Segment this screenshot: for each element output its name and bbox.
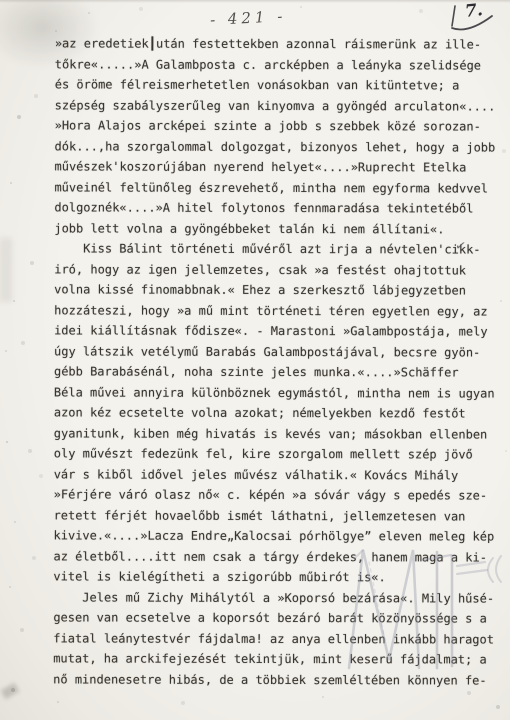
- typewritten-text-block: »az eredetiek┃után festettekben azonnal …: [53, 33, 507, 690]
- text-line: művészek'koszorújában nyerend helyet«...…: [54, 156, 506, 178]
- text-line: fiatal leánytestvér fájdalma! az anya el…: [53, 628, 505, 650]
- scan-smudge: [1, 683, 20, 700]
- text-line: oly művészt fedezünk fel, kire szorgalom…: [54, 443, 506, 465]
- text-line: gesen van ecsetelve a koporsót bezáró ba…: [53, 607, 505, 629]
- scanned-document-page: - 421 - 7. »az eredetiek┃után festettekb…: [0, 0, 510, 720]
- scan-top-edge: [0, 0, 510, 3]
- text-line: Kiss Bálint történeti művéről azt irja a…: [54, 238, 506, 260]
- text-line: »Hora Alajos arcképei szinte a jobb s sz…: [55, 115, 507, 137]
- scan-smudge: [0, 238, 12, 302]
- text-line: tőkre«.....»A Galambposta c. arcképben a…: [55, 54, 507, 76]
- text-line: úgy látszik vetélymű Barabás Galambpostá…: [54, 341, 506, 363]
- text-line: azon kéz ecsetelte volna azokat; némelye…: [54, 402, 506, 424]
- text-line: Béla művei annyira különböznek egymástól…: [54, 382, 506, 404]
- text-line: nő mindenesetre hibás, de a többiek szem…: [53, 669, 505, 691]
- text-line: jobb lett volna a gyöngébbeket talán ki …: [54, 218, 506, 240]
- text-line: és öröme félreismerhetetlen vonásokban v…: [55, 74, 507, 96]
- text-line: az életből....itt nem csak a tárgy érdek…: [53, 546, 505, 568]
- scan-noise: [0, 0, 2, 2]
- text-line: kivive.«....»Lacza Endre„Kalocsai pórhöl…: [54, 525, 506, 547]
- text-line: Jeles mű Zichy Mihálytól a »Koporsó bezá…: [53, 587, 505, 609]
- text-line: vitel is kielégítheti a szigorúbb műbiró…: [53, 566, 505, 588]
- text-line: »az eredetiek┃után festettekben azonnal …: [55, 33, 507, 55]
- text-line: gébb Barabásénál, noha szinte jeles munk…: [54, 361, 506, 383]
- text-line: iró, hogy az igen jellemzetes, csak »a f…: [54, 259, 506, 281]
- text-line: volna kissé finomabbnak.« Ehez a szerkes…: [54, 279, 506, 301]
- text-line: gyanitunk, kiben még hivatás is kevés va…: [54, 423, 506, 445]
- text-line: idei kiállításnak fődisze«. - Marastoni …: [54, 320, 506, 342]
- text-line: dolgoznék«....»A hitel folytonos fennmar…: [54, 197, 506, 219]
- text-line: hozzáteszi, hogy »a mű mint történeti té…: [54, 300, 506, 322]
- text-line: szépség szabályszerűleg van kinyomva a g…: [55, 95, 507, 117]
- page-number-header: - 421 -: [210, 7, 287, 29]
- corner-page-number-text: 7.: [464, 0, 484, 22]
- text-line: dók...,ha szorgalommal dolgozgat, bizony…: [55, 136, 507, 158]
- text-line: retett férjét hovaelőbb ismét láthatni, …: [54, 505, 506, 527]
- corner-page-number: 7.: [448, 0, 504, 38]
- text-line: »Férjére váró olasz nő« c. képén »a sóvá…: [54, 484, 506, 506]
- text-line: műveinél feltünőleg észrevehető, mintha …: [54, 177, 506, 199]
- text-line: mutat, ha arckifejezését tekintjük, mint…: [53, 648, 505, 670]
- text-line: vár s kiből idővel jeles művész válhatik…: [54, 464, 506, 486]
